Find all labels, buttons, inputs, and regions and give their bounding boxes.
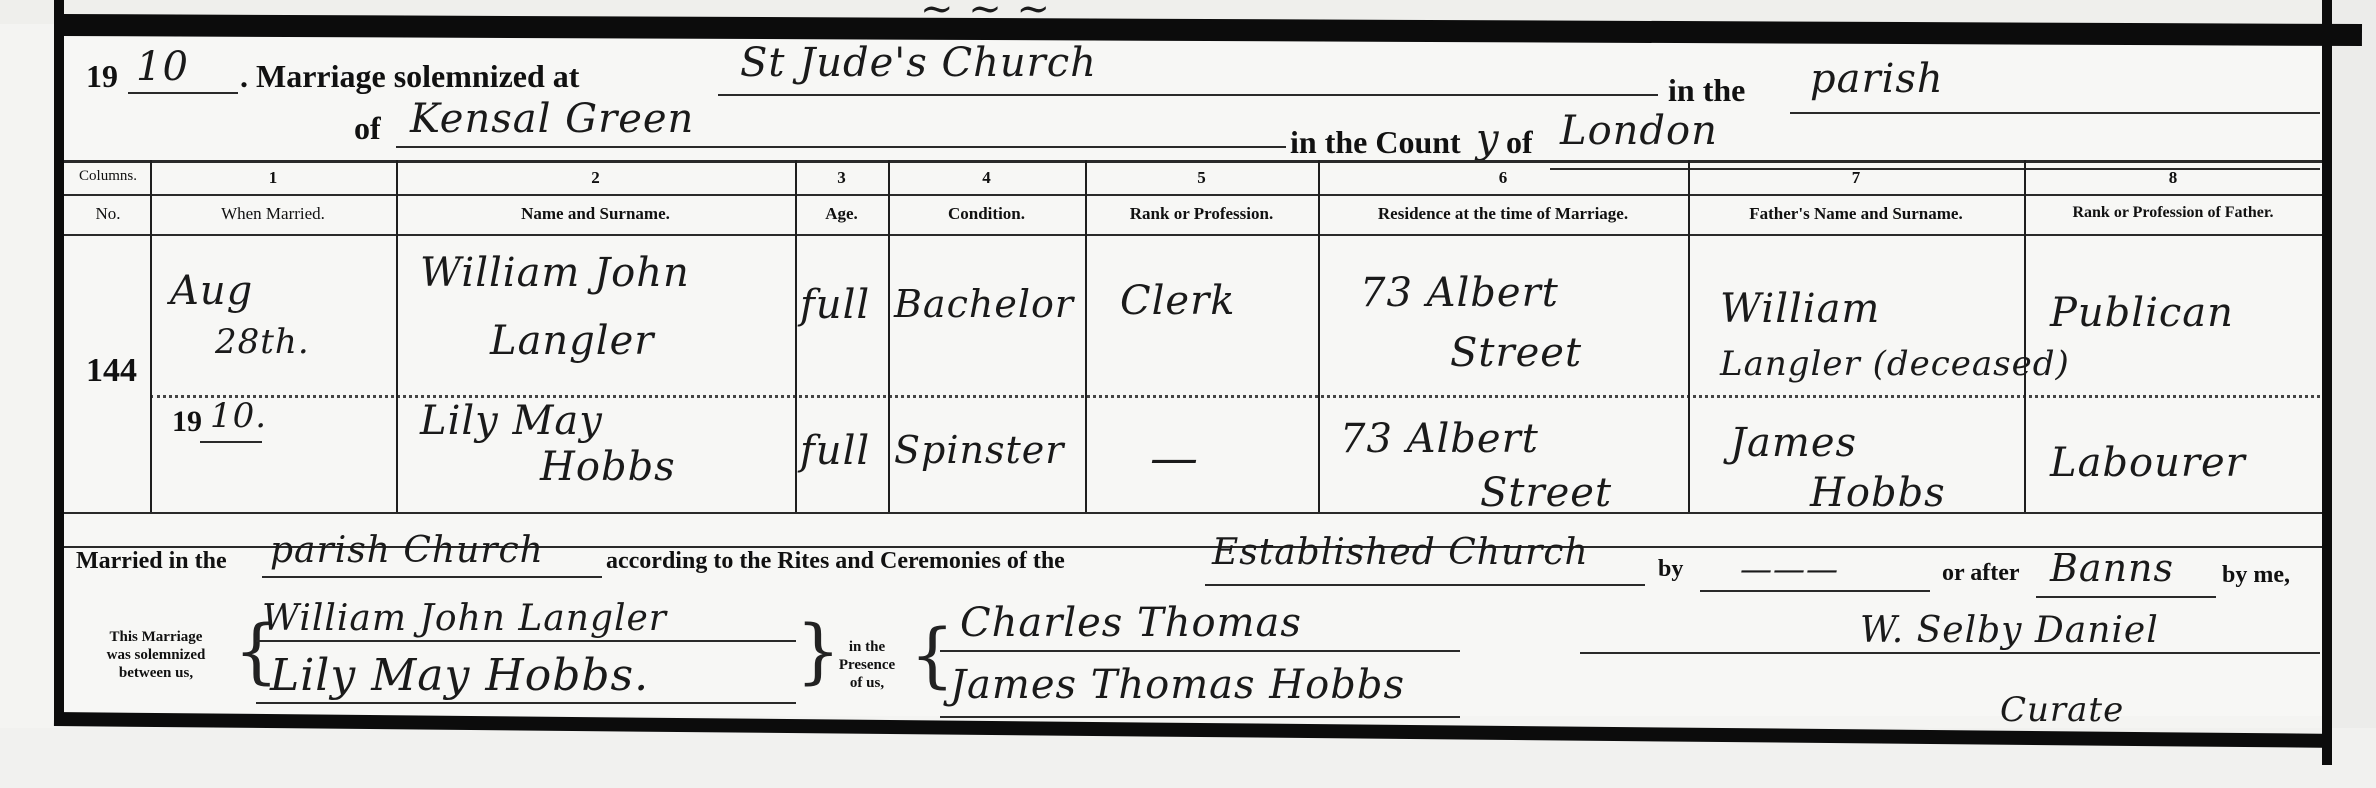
bride-signature: Lily May Hobbs. [270,650,649,701]
by-label: by [1658,556,1683,583]
column-label-age: Age. [795,204,888,224]
groom-condition: Bachelor [894,282,1074,326]
between-label-line3: between us, [76,664,236,682]
header-of-label: of [354,110,381,147]
by-fill: ——— [1740,550,1839,588]
officiant-title: Curate [2000,690,2124,730]
column-header-columns: Columns. [66,168,150,185]
header-year-prefix: 19 [86,58,118,95]
entry-number: 144 [86,352,137,390]
column-number-7: 7 [1688,168,2024,188]
bride-residence-line2: Street [1480,470,1612,516]
column-number-6: 6 [1318,168,1688,188]
witness-1-signature: Charles Thomas [960,600,1302,646]
between-label-line2: was solemnized [76,646,236,664]
married-in-fill: parish Church [270,530,544,571]
groom-residence-line2: Street [1450,330,1582,376]
presence-label-line2: Presence [822,656,912,674]
groom-signature: William John Langler [262,598,667,639]
column-number-5: 5 [1085,168,1318,188]
officiant-signature: W. Selby Daniel [1860,610,2159,651]
column-number-2: 2 [396,168,795,188]
married-in-label: Married in the [76,548,227,575]
right-border [2322,0,2332,765]
bride-age: full [800,428,870,474]
entry-year-prefix: 19 [172,405,202,439]
column-label-condition: Condition. [888,204,1085,224]
page-margin [2332,0,2376,788]
bride-name-line2: Hobbs [540,444,676,490]
bride-name-line1: Lily May [420,398,603,444]
left-border [54,0,64,720]
groom-name-line2: Langler [490,318,654,364]
header-solemnized-label: . Marriage solemnized at [240,58,579,95]
groom-father-profession: Publican [2050,290,2234,336]
column-label-no: No. [66,204,150,224]
groom-name-line1: William John [420,250,690,296]
or-after-fill: Banns [2050,546,2174,590]
column-number-3: 3 [795,168,888,188]
column-label-when-married: When Married. [150,204,396,224]
groom-residence-line1: 73 Albert [1360,270,1559,316]
header-county-of-label: of [1506,124,1533,161]
column-number-8: 8 [2024,168,2322,188]
column-number-4: 4 [888,168,1085,188]
brace-witnesses: { [910,614,955,696]
header-year-suffix: 10 [136,44,189,90]
groom-profession: Clerk [1120,278,1235,324]
header-parish-word: parish [1810,56,1944,102]
column-number-1: 1 [150,168,396,188]
by-me-label: by me, [2222,562,2290,589]
bride-profession: — [1150,430,1199,486]
header-county-fill: y [1476,116,1500,162]
witness-2-signature: James Thomas Hobbs [950,662,1405,708]
bride-condition: Spinster [894,428,1064,472]
header-in-the-label: in the [1668,72,1745,109]
bride-residence-line1: 73 Albert [1340,416,1539,462]
previous-entry-handwriting: ~ ~ ~ [920,0,1051,32]
entry-year-suffix: 10. [210,396,267,436]
groom-father-line2: Langler (deceased) [1720,344,2070,384]
column-label-name: Name and Surname. [396,204,795,224]
entry-date-day: 28th. [215,322,310,362]
bride-father-line2: Hobbs [1810,470,1946,516]
header-place: Kensal Green [410,96,694,142]
groom-age: full [800,282,870,328]
column-label-father-name: Father's Name and Surname. [1688,204,2024,224]
groom-father-line1: William [1720,286,1880,332]
or-after-label: or after [1942,560,2020,587]
bride-father-profession: Labourer [2050,440,2246,486]
rites-label: according to the Rites and Ceremonies of… [606,548,1065,575]
presence-label: in the Presence of us, [822,638,912,692]
between-label-line1: This Marriage [76,628,236,646]
column-label-residence: Residence at the time of Marriage. [1318,204,1688,224]
header-county-label: in the Count [1290,124,1461,161]
presence-label-line3: of us, [822,674,912,692]
entry-date-month: Aug [170,268,253,314]
between-us-label: This Marriage was solemnized between us, [76,628,236,682]
column-label-rank-profession: Rank or Profession. [1085,204,1318,224]
rites-fill: Established Church [1212,532,1589,573]
presence-label-line1: in the [822,638,912,656]
bride-father-line1: James [1730,420,1857,466]
header-church: St Jude's Church [740,40,1097,86]
column-label-father-profession: Rank or Profession of Father. [2024,204,2322,222]
header-county: London [1560,108,1718,154]
